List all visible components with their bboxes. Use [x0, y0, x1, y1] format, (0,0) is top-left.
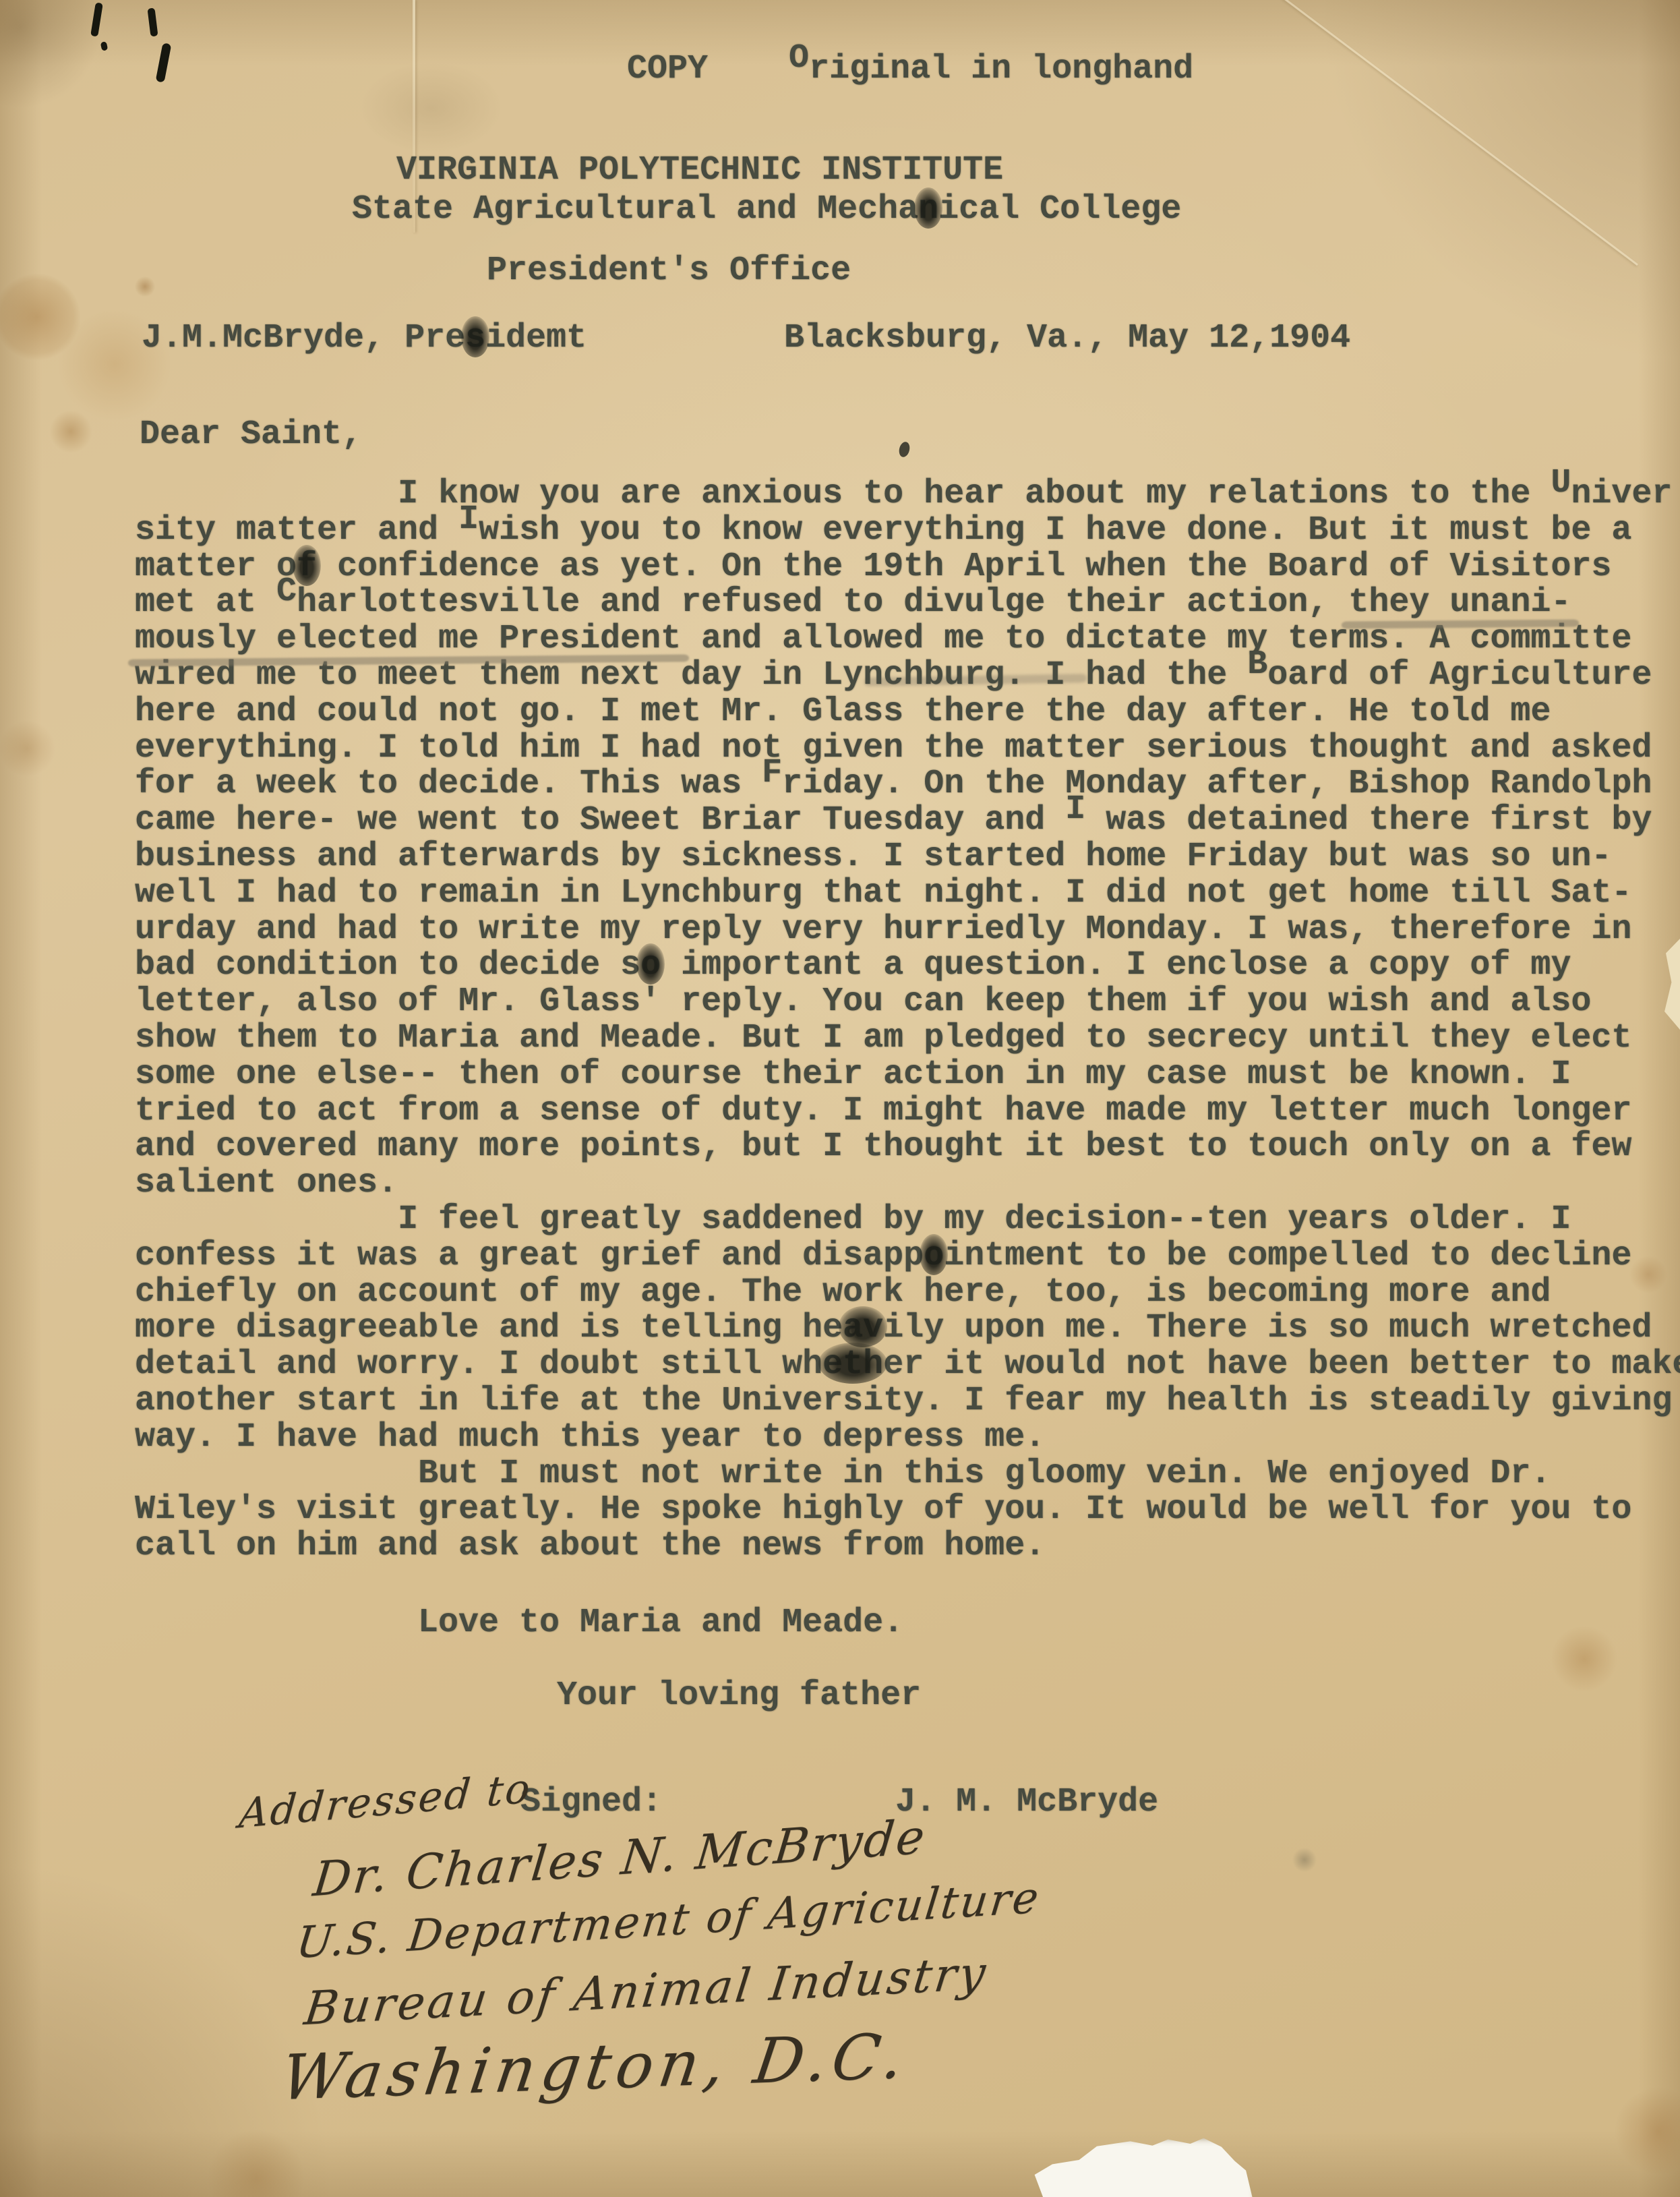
text-line: But I must not write in this gloomy vein…	[135, 1456, 1680, 1492]
stray-ink-dot	[897, 441, 911, 459]
text-line: business and afterwards by sickness. I s…	[135, 839, 1680, 875]
text-line: some one else-- then of course their act…	[135, 1057, 1680, 1093]
paragraph: I know you are anxious to hear about my …	[135, 476, 1680, 1202]
text-line: letter, also of Mr. Glass' reply. You ca…	[135, 984, 1680, 1020]
text-line: I feel greatly saddened by my decision--…	[135, 1202, 1680, 1238]
text-line: urday and had to write my reply very hur…	[135, 912, 1680, 948]
scanned-letter-page: COPY Original in longhand VIRGINIA POLYT…	[0, 0, 1680, 2197]
love-line: Love to Maria and Meade.	[418, 1606, 903, 1640]
ink-scribble-mark	[156, 42, 172, 82]
signed-label: Signed:	[520, 1783, 662, 1821]
valediction: Your loving father	[557, 1679, 921, 1713]
text-line: show them to Maria and Meade. But I am p…	[135, 1020, 1680, 1057]
text-line: tried to act from a sense of duty. I mig…	[135, 1093, 1680, 1130]
letter-body: I know you are anxious to hear about my …	[135, 476, 1680, 1564]
text-line: Wiley's visit greatly. He spoke highly o…	[135, 1492, 1680, 1528]
text-line: and covered many more points, but I thou…	[135, 1129, 1680, 1165]
paper-crease	[1260, 0, 1638, 266]
institute-name: VIRGINIA POLYTECHNIC INSTITUTE	[396, 154, 1003, 187]
ink-scribble-mark	[100, 41, 109, 51]
text-line: I know you are anxious to hear about my …	[135, 476, 1680, 512]
copy-notation-line: COPY Original in longhand	[627, 53, 1193, 86]
place-date-line: Blacksburg, Va., May 12,1904	[784, 322, 1350, 355]
text-line: way. I have had much this year to depres…	[135, 1419, 1680, 1456]
college-name: State Agricultural and Mechanical Colleg…	[352, 193, 1181, 227]
text-line: met at Charlottesville and refused to di…	[135, 585, 1680, 621]
ink-scribble-mark	[90, 2, 103, 36]
text-line: more disagreeable and is telling heavily…	[135, 1310, 1680, 1347]
office-line: President's Office	[487, 254, 851, 288]
paragraph: I feel greatly saddened by my decision--…	[135, 1202, 1680, 1456]
paper-tear	[1030, 2136, 1253, 2197]
text-line: detail and worry. I doubt still whether …	[135, 1347, 1680, 1383]
text-line: for a week to decide. This was Friday. O…	[135, 766, 1680, 802]
signed-name: J. M. McBryde	[895, 1783, 1158, 1821]
text-line: well I had to remain in Lynchburg that n…	[135, 875, 1680, 912]
text-line: another start in life at the University.…	[135, 1383, 1680, 1419]
salutation: Dear Saint,	[140, 418, 362, 452]
president-name-line: J.M.McBryde, Presidemt	[142, 322, 587, 355]
text-line: came here- we went to Sweet Briar Tuesda…	[135, 802, 1680, 839]
text-line: sity matter and Iwish you to know everyt…	[135, 512, 1680, 549]
handwritten-line: Washington, D.C.	[277, 2025, 912, 2109]
paragraph: But I must not write in this gloomy vein…	[135, 1456, 1680, 1564]
text-line: salient ones.	[135, 1165, 1680, 1202]
text-line: here and could not go. I met Mr. Glass t…	[135, 694, 1680, 730]
text-line: confess it was a great grief and disappo…	[135, 1238, 1680, 1275]
text-line: call on him and ask about the news from …	[135, 1528, 1680, 1564]
text-line: chiefly on account of my age. The work h…	[135, 1275, 1680, 1311]
text-line: everything. I told him I had not given t…	[135, 730, 1680, 767]
ink-scribble-mark	[147, 7, 158, 36]
text-line: matter of confidence as yet. On the 19th…	[135, 549, 1680, 585]
text-line: bad condition to decide so important a q…	[135, 947, 1680, 984]
